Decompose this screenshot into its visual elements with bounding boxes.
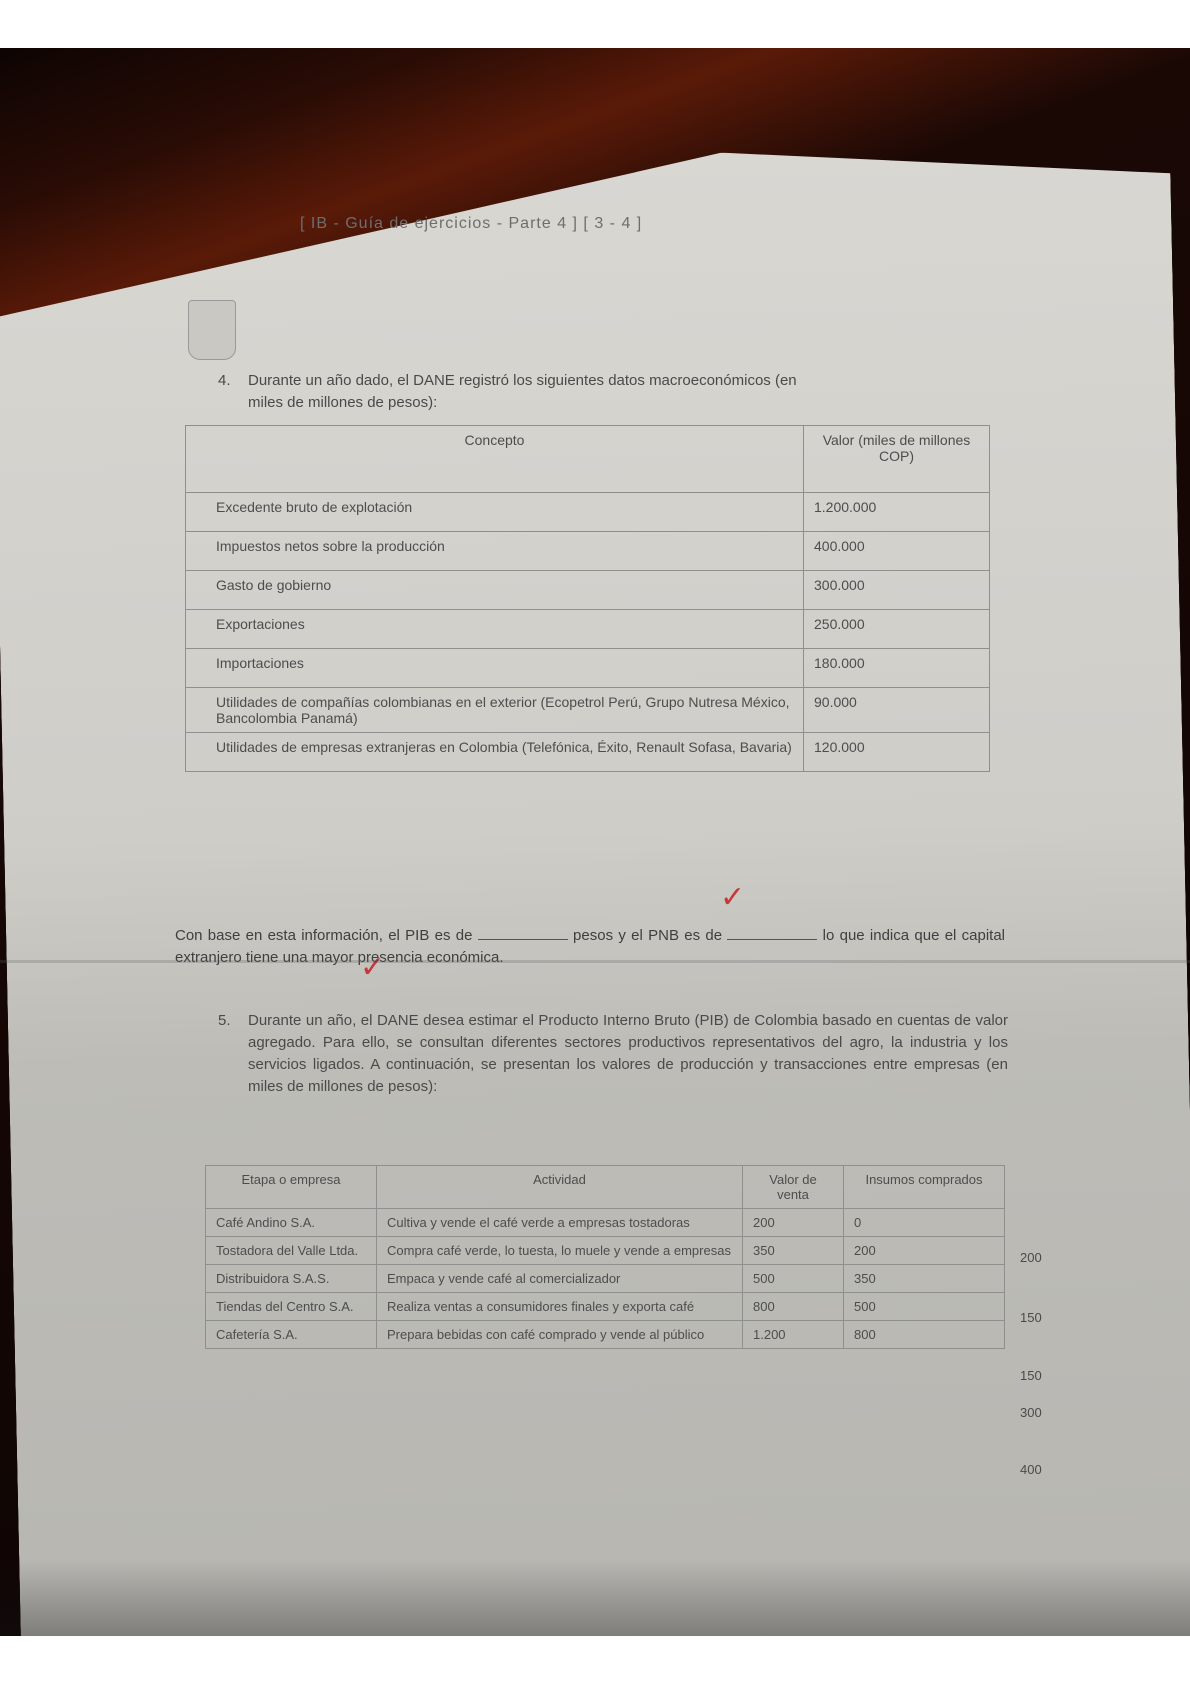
- table-row: Tostadora del Valle Ltda. Compra café ve…: [206, 1237, 1005, 1265]
- value-cell: 90.000: [804, 688, 990, 733]
- sale-value-cell: 1.200: [743, 1321, 844, 1349]
- column-header: Valor (miles de millones COP): [804, 426, 990, 493]
- margin-note: 150: [1020, 1368, 1042, 1383]
- table-row: Utilidades de empresas extranjeras en Co…: [186, 733, 990, 772]
- stage-cell: Tostadora del Valle Ltda.: [206, 1237, 377, 1265]
- macro-data-table: Concepto Valor (miles de millones COP) E…: [185, 425, 990, 772]
- table-row: Distribuidora S.A.S. Empaca y vende café…: [206, 1265, 1005, 1293]
- stage-cell: Cafetería S.A.: [206, 1321, 377, 1349]
- question-text: Durante un año dado, el DANE registró lo…: [248, 372, 797, 411]
- table-row: Excedente bruto de explotación 1.200.000: [186, 493, 990, 532]
- value-cell: 400.000: [804, 532, 990, 571]
- activity-cell: Cultiva y vende el café verde a empresas…: [377, 1209, 743, 1237]
- concept-cell: Gasto de gobierno: [186, 571, 804, 610]
- table-row: Impuestos netos sobre la producción 400.…: [186, 532, 990, 571]
- value-cell: 1.200.000: [804, 493, 990, 532]
- question-text: Durante un año, el DANE desea estimar el…: [248, 1012, 1008, 1095]
- margin-note: 150: [1020, 1310, 1042, 1325]
- value-cell: 120.000: [804, 733, 990, 772]
- answer-blank[interactable]: [478, 939, 568, 940]
- margin-note: 300: [1020, 1405, 1042, 1420]
- table-row: Cafetería S.A. Prepara bebidas con café …: [206, 1321, 1005, 1349]
- question-5: 5. Durante un año, el DANE desea estimar…: [248, 1010, 1008, 1098]
- concept-cell: Impuestos netos sobre la producción: [186, 532, 804, 571]
- value-cell: 250.000: [804, 610, 990, 649]
- concept-cell: Exportaciones: [186, 610, 804, 649]
- question-number: 5.: [218, 1010, 231, 1032]
- document: [ IB - Guía de ejercicios - Parte 4 ] [ …: [0, 0, 1190, 1684]
- table-row: Utilidades de compañías colombianas en e…: [186, 688, 990, 733]
- paper-fold: [0, 960, 1190, 963]
- question-number: 4.: [218, 370, 231, 392]
- table-row: Tiendas del Centro S.A. Realiza ventas a…: [206, 1293, 1005, 1321]
- column-header: Etapa o empresa: [206, 1166, 377, 1209]
- concept-cell: Excedente bruto de explotación: [186, 493, 804, 532]
- value-cell: 300.000: [804, 571, 990, 610]
- page-header-line: [ IB - Guía de ejercicios - Parte 4 ] [ …: [300, 215, 642, 233]
- table-row: Gasto de gobierno 300.000: [186, 571, 990, 610]
- sale-value-cell: 500: [743, 1265, 844, 1293]
- photo-shadow: [0, 1560, 1190, 1636]
- sale-value-cell: 200: [743, 1209, 844, 1237]
- column-header: Concepto: [186, 426, 804, 493]
- activity-cell: Realiza ventas a consumidores finales y …: [377, 1293, 743, 1321]
- column-header: Actividad: [377, 1166, 743, 1209]
- activity-cell: Empaca y vende café al comercializador: [377, 1265, 743, 1293]
- stage-cell: Café Andino S.A.: [206, 1209, 377, 1237]
- answer-blank[interactable]: [727, 939, 817, 940]
- column-header: Valor de venta: [743, 1166, 844, 1209]
- sale-value-cell: 350: [743, 1237, 844, 1265]
- inputs-cell: 0: [844, 1209, 1005, 1237]
- institution-logo-icon: [188, 300, 236, 360]
- table-row: Café Andino S.A. Cultiva y vende el café…: [206, 1209, 1005, 1237]
- stage-cell: Distribuidora S.A.S.: [206, 1265, 377, 1293]
- red-check-mark-icon: ✓: [720, 880, 745, 915]
- margin-note: 200: [1020, 1250, 1042, 1265]
- inputs-cell: 500: [844, 1293, 1005, 1321]
- activity-cell: Prepara bebidas con café comprado y vend…: [377, 1321, 743, 1349]
- inputs-cell: 200: [844, 1237, 1005, 1265]
- inputs-cell: 800: [844, 1321, 1005, 1349]
- value-cell: 180.000: [804, 649, 990, 688]
- concept-cell: Utilidades de compañías colombianas en e…: [186, 688, 804, 733]
- value-added-table: Etapa o empresa Actividad Valor de venta…: [205, 1165, 1005, 1349]
- concept-cell: Importaciones: [186, 649, 804, 688]
- sale-value-cell: 800: [743, 1293, 844, 1321]
- activity-cell: Compra café verde, lo tuesta, lo muele y…: [377, 1237, 743, 1265]
- margin-note: 400: [1020, 1462, 1042, 1477]
- table-row: Importaciones 180.000: [186, 649, 990, 688]
- column-header: Insumos comprados: [844, 1166, 1005, 1209]
- table-row: Exportaciones 250.000: [186, 610, 990, 649]
- inputs-cell: 350: [844, 1265, 1005, 1293]
- question-4: 4. Durante un año dado, el DANE registró…: [248, 370, 808, 414]
- stage-cell: Tiendas del Centro S.A.: [206, 1293, 377, 1321]
- concept-cell: Utilidades de empresas extranjeras en Co…: [186, 733, 804, 772]
